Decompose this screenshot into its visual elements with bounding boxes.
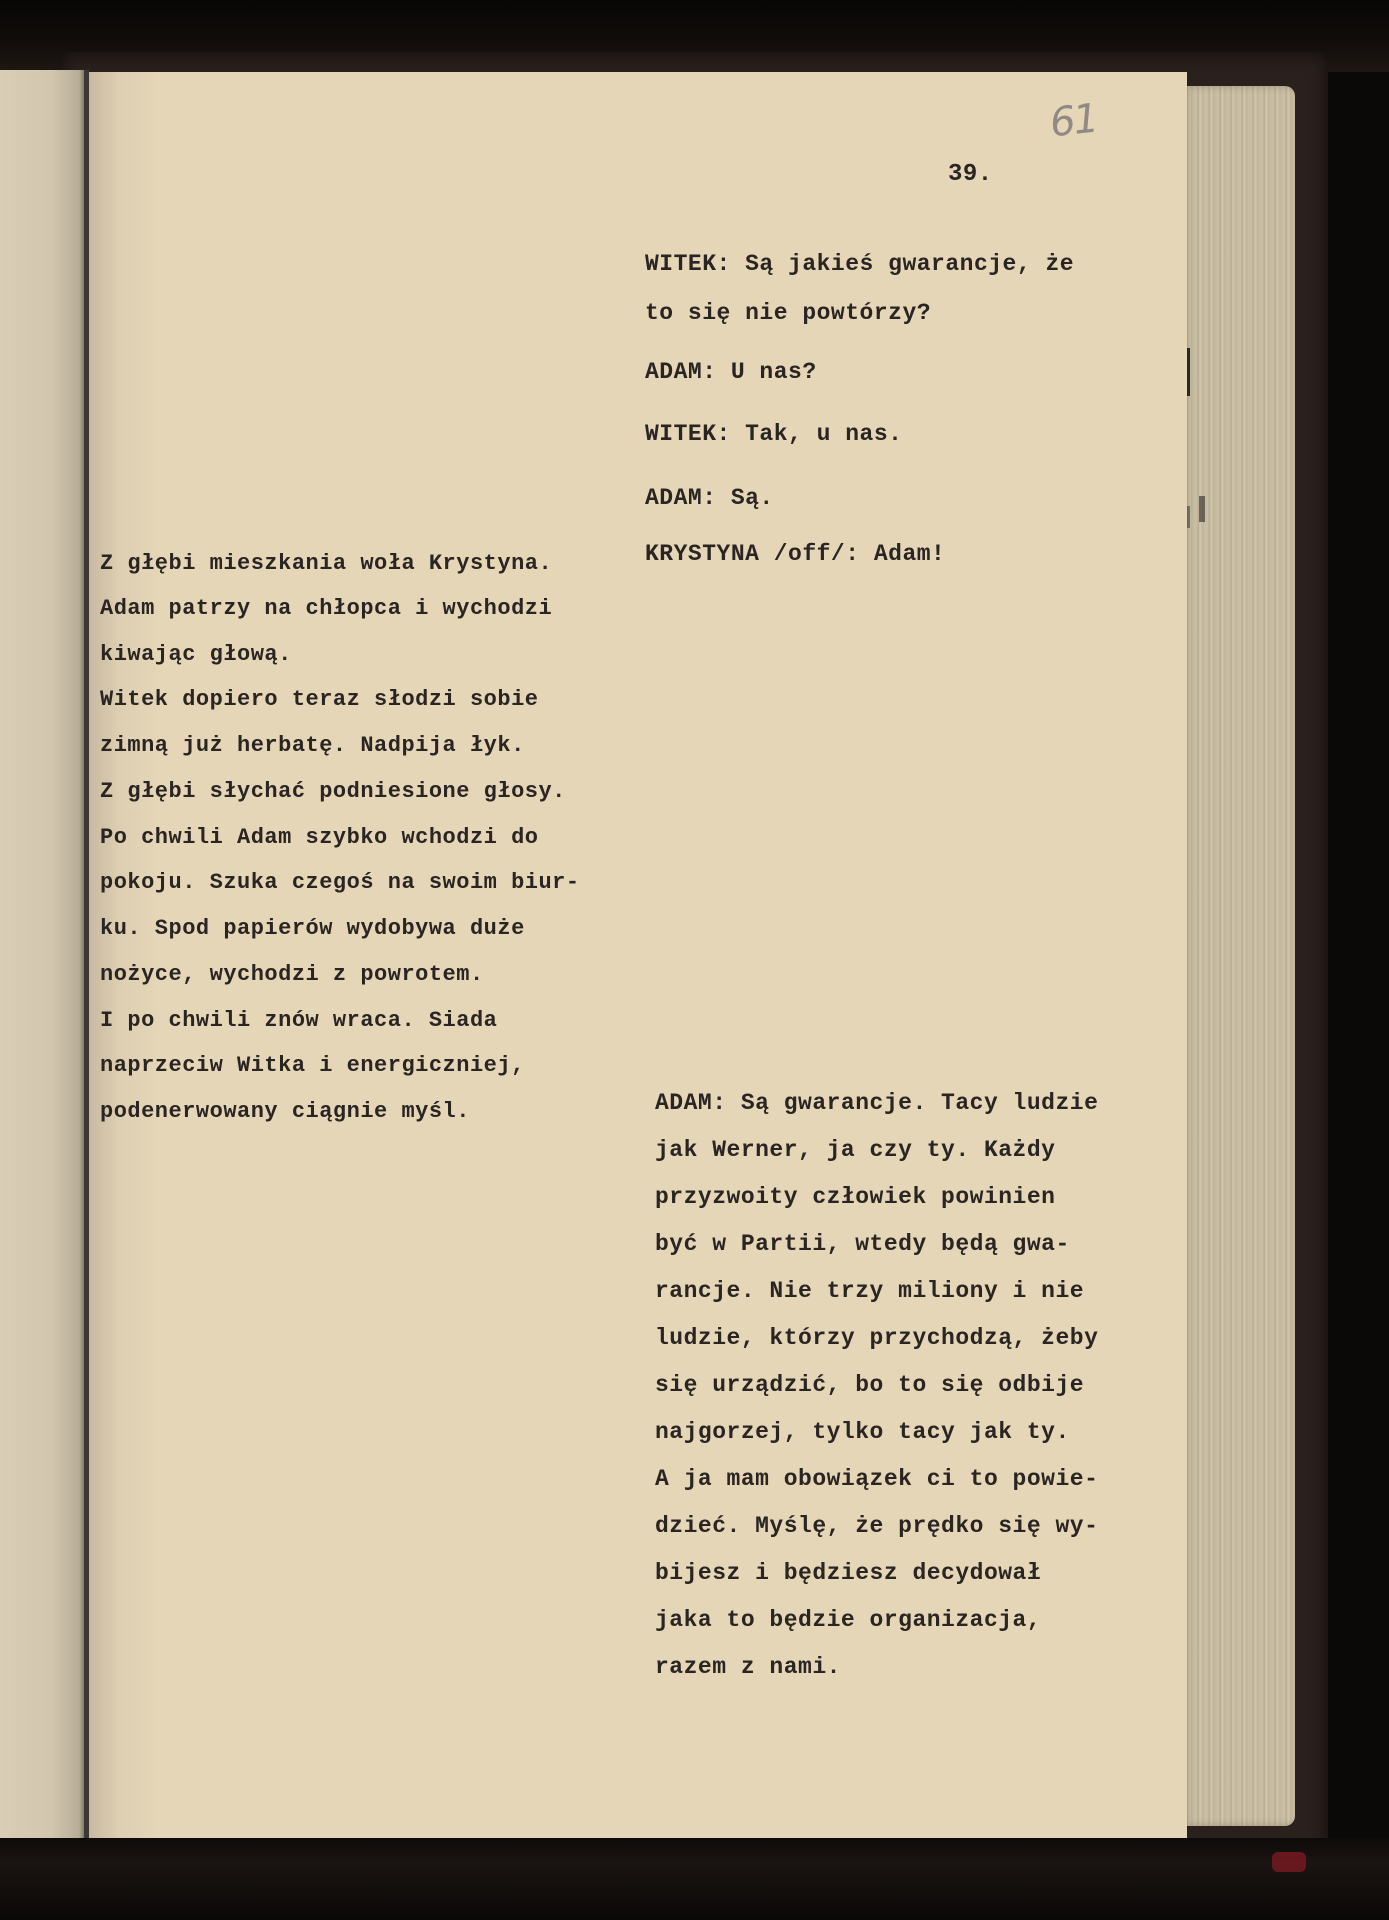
stage-direction-line: nożyce, wychodzi z powrotem.: [100, 964, 484, 986]
stage-direction-line: Z głębi mieszkania woła Krystyna.: [100, 553, 552, 575]
dialogue-line: WITEK: Są jakieś gwarancje, że: [645, 253, 1074, 276]
dialogue-line: być w Partii, wtedy będą gwa-: [655, 1233, 1070, 1256]
dialogue-line: jak Werner, ja czy ty. Każdy: [655, 1139, 1055, 1162]
dialogue-line: ADAM: U nas?: [645, 361, 817, 384]
dialogue-line: rancje. Nie trzy miliony i nie: [655, 1280, 1084, 1303]
stage-direction-line: naprzeciw Witka i energiczniej,: [100, 1055, 525, 1077]
stage-direction-line: pokoju. Szuka czegoś na swoim biur-: [100, 872, 580, 894]
scan-background-bottom: [0, 1838, 1389, 1920]
handwritten-folio-number: 61: [1048, 96, 1099, 147]
dialogue-line: dzieć. Myślę, że prędko się wy-: [655, 1515, 1098, 1538]
dialogue-line: WITEK: Tak, u nas.: [645, 423, 902, 446]
dialogue-line: najgorzej, tylko tacy jak ty.: [655, 1421, 1070, 1444]
dialogue-line: przyzwoity człowiek powinien: [655, 1186, 1055, 1209]
stage-direction-line: kiwając głową.: [100, 644, 292, 666]
stage-direction-line: podenerwowany ciągnie myśl.: [100, 1101, 470, 1123]
stage-direction-line: I po chwili znów wraca. Siada: [100, 1010, 497, 1032]
edge-ink-mark: [1187, 506, 1190, 528]
page-stack-edge: [1183, 86, 1295, 1826]
dialogue-line: to się nie powtórzy?: [645, 302, 931, 325]
dialogue-line: się urządzić, bo to się odbije: [655, 1374, 1084, 1397]
book-gutter: [84, 70, 89, 1838]
dialogue-line: razem z nami.: [655, 1656, 841, 1679]
edge-ink-mark: [1199, 496, 1205, 522]
stage-direction-line: Adam patrzy na chłopca i wychodzi: [100, 598, 552, 620]
dialogue-line: ADAM: Są.: [645, 487, 774, 510]
dialogue-line: bijesz i będziesz decydował: [655, 1562, 1041, 1585]
stage-direction-line: ku. Spod papierów wydobywa duże: [100, 918, 525, 940]
previous-page-edge: [0, 70, 86, 1838]
dialogue-line: A ja mam obowiązek ci to powie-: [655, 1468, 1098, 1491]
stage-direction-line: Z głębi słychać podniesione głosy.: [100, 781, 566, 803]
cover-corner-wear: [1272, 1852, 1306, 1872]
dialogue-line: KRYSTYNA /off/: Adam!: [645, 543, 945, 566]
dialogue-line: ludzie, którzy przychodzą, żeby: [655, 1327, 1098, 1350]
dialogue-line: jaka to będzie organizacja,: [655, 1609, 1041, 1632]
stage-direction-line: Witek dopiero teraz słodzi sobie: [100, 689, 538, 711]
stage-direction-line: Po chwili Adam szybko wchodzi do: [100, 827, 538, 849]
page-number: 39.: [948, 163, 993, 187]
edge-ink-mark: [1187, 348, 1190, 396]
dialogue-line: ADAM: Są gwarancje. Tacy ludzie: [655, 1092, 1098, 1115]
stage-direction-line: zimną już herbatę. Nadpija łyk.: [100, 735, 525, 757]
